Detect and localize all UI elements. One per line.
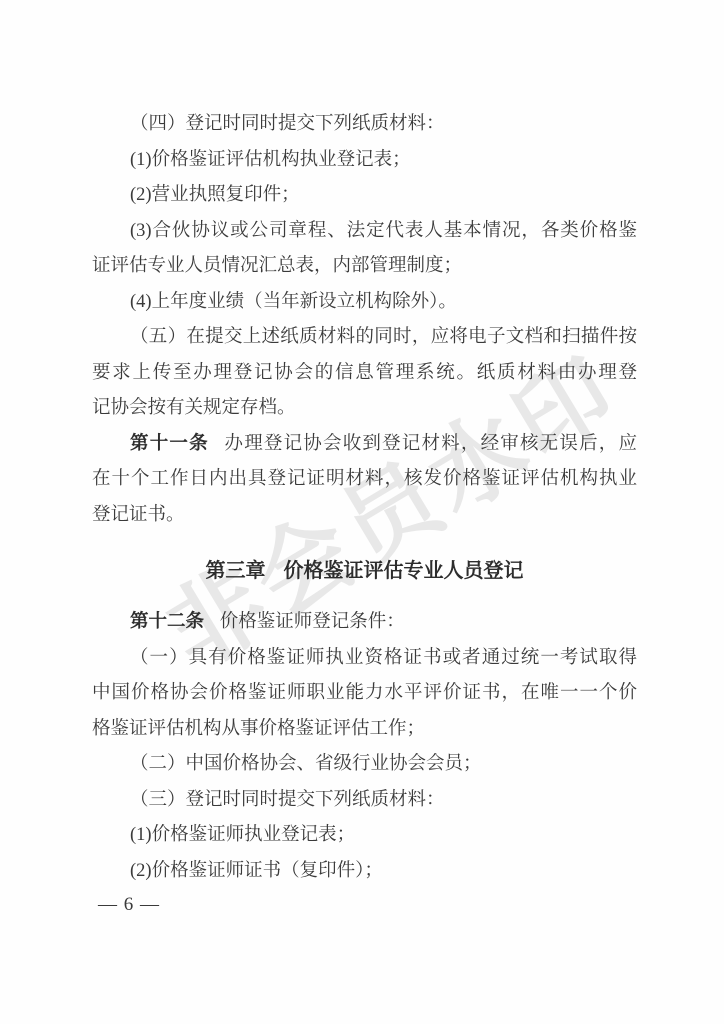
chapter-number: 第三章 [206, 560, 266, 582]
article-text: 办理登记协会收到登记材料，经审核无误后，应 [225, 434, 637, 454]
article-number-label: 第十二条 [130, 612, 204, 632]
page-number: — 6 — [98, 893, 724, 917]
list-item-line: (4)上年度业绩（当年新设立机构除外）。 [92, 285, 637, 321]
article-number-label: 第十一条 [130, 434, 209, 454]
paragraph-continuation-line: 格鉴证评估机构从事价格鉴证评估工作； [92, 712, 637, 748]
paragraph-continuation-line: 在十个工作日内出具登记证明材料，核发价格鉴证评估机构执业 [92, 462, 637, 498]
document-body: （四）登记时同时提交下列纸质材料： (1)价格鉴证评估机构执业登记表； (2)营… [0, 0, 724, 889]
paragraph-line: （五）在提交上述纸质材料的同时，应将电子文档和扫描件按 [92, 320, 637, 356]
article-paragraph-line: 第十一条办理登记协会收到登记材料，经审核无误后，应 [92, 427, 637, 463]
paragraph-line: （三）登记时同时提交下列纸质材料： [92, 783, 637, 819]
chapter-heading: 第三章价格鉴证评估专业人员登记 [92, 553, 637, 589]
paragraph-continuation-line: 中国价格协会价格鉴证师职业能力水平评价证书，在唯一一个价 [92, 676, 637, 712]
list-item-line: (1)价格鉴证评估机构执业登记表； [92, 143, 637, 179]
paragraph-continuation-line: 要求上传至办理登记协会的信息管理系统。纸质材料由办理登 [92, 356, 637, 392]
list-item-line: (2)营业执照复印件； [92, 178, 637, 214]
paragraph-line: （四）登记时同时提交下列纸质材料： [92, 107, 637, 143]
article-text: 价格鉴证师登记条件： [220, 612, 405, 632]
paragraph-continuation-line: 记协会按有关规定存档。 [92, 391, 637, 427]
article-paragraph-line: 第十二条价格鉴证师登记条件： [92, 605, 637, 641]
list-item-line: (1)价格鉴证师执业登记表； [92, 818, 637, 854]
paragraph-line: （二）中国价格协会、省级行业协会会员； [92, 747, 637, 783]
list-item-line: (2)价格鉴证师证书（复印件）； [92, 854, 637, 890]
paragraph-line: （一）具有价格鉴证师执业资格证书或者通过统一考试取得 [92, 641, 637, 677]
chapter-title: 价格鉴证评估专业人员登记 [284, 560, 524, 582]
paragraph-continuation-line: 证评估专业人员情况汇总表，内部管理制度； [92, 249, 637, 285]
document-page: 非会员水印 （四）登记时同时提交下列纸质材料： (1)价格鉴证评估机构执业登记表… [0, 0, 724, 1024]
paragraph-continuation-line: 登记证书。 [92, 498, 637, 534]
list-item-line: (3)合伙协议或公司章程、法定代表人基本情况，各类价格鉴 [92, 214, 637, 250]
